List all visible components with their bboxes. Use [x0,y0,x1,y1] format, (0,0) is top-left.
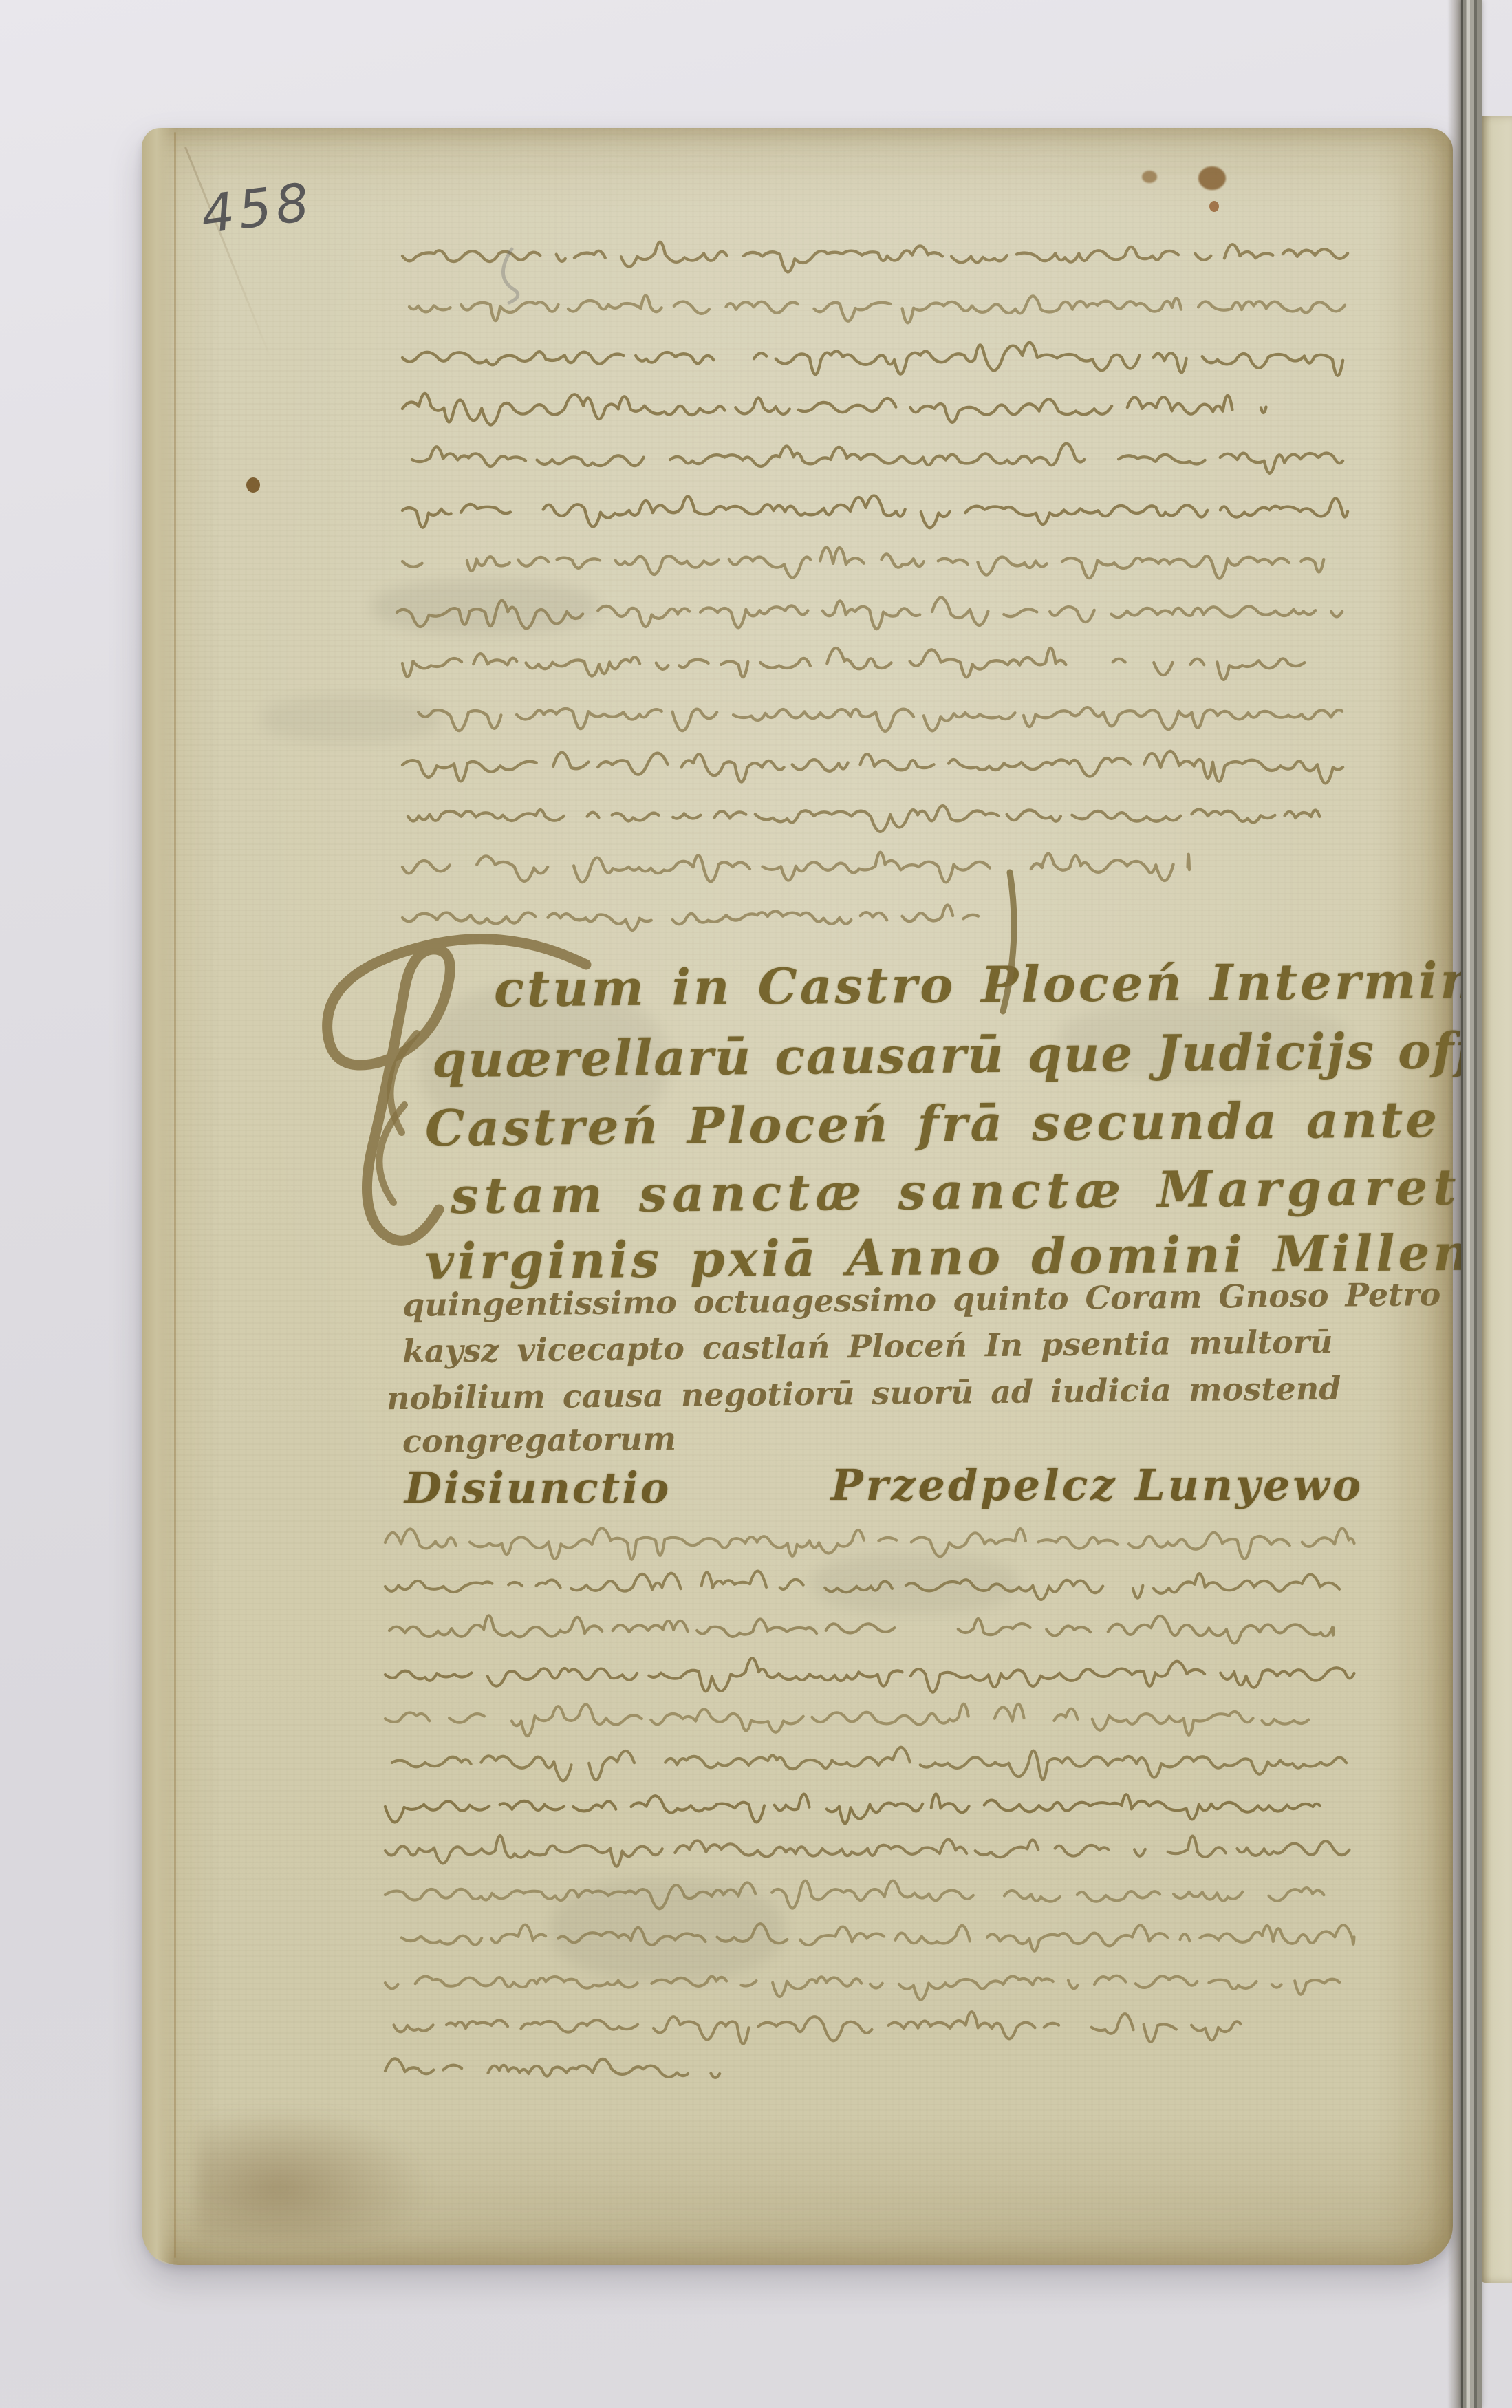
book-cradle-rod [1461,0,1482,2408]
scan-backdrop: 458 ctum in Castro Ploceń Interminis quæ… [0,0,1512,2408]
handwriting-layer [0,0,1512,2408]
facing-page-edge [1479,116,1512,2283]
